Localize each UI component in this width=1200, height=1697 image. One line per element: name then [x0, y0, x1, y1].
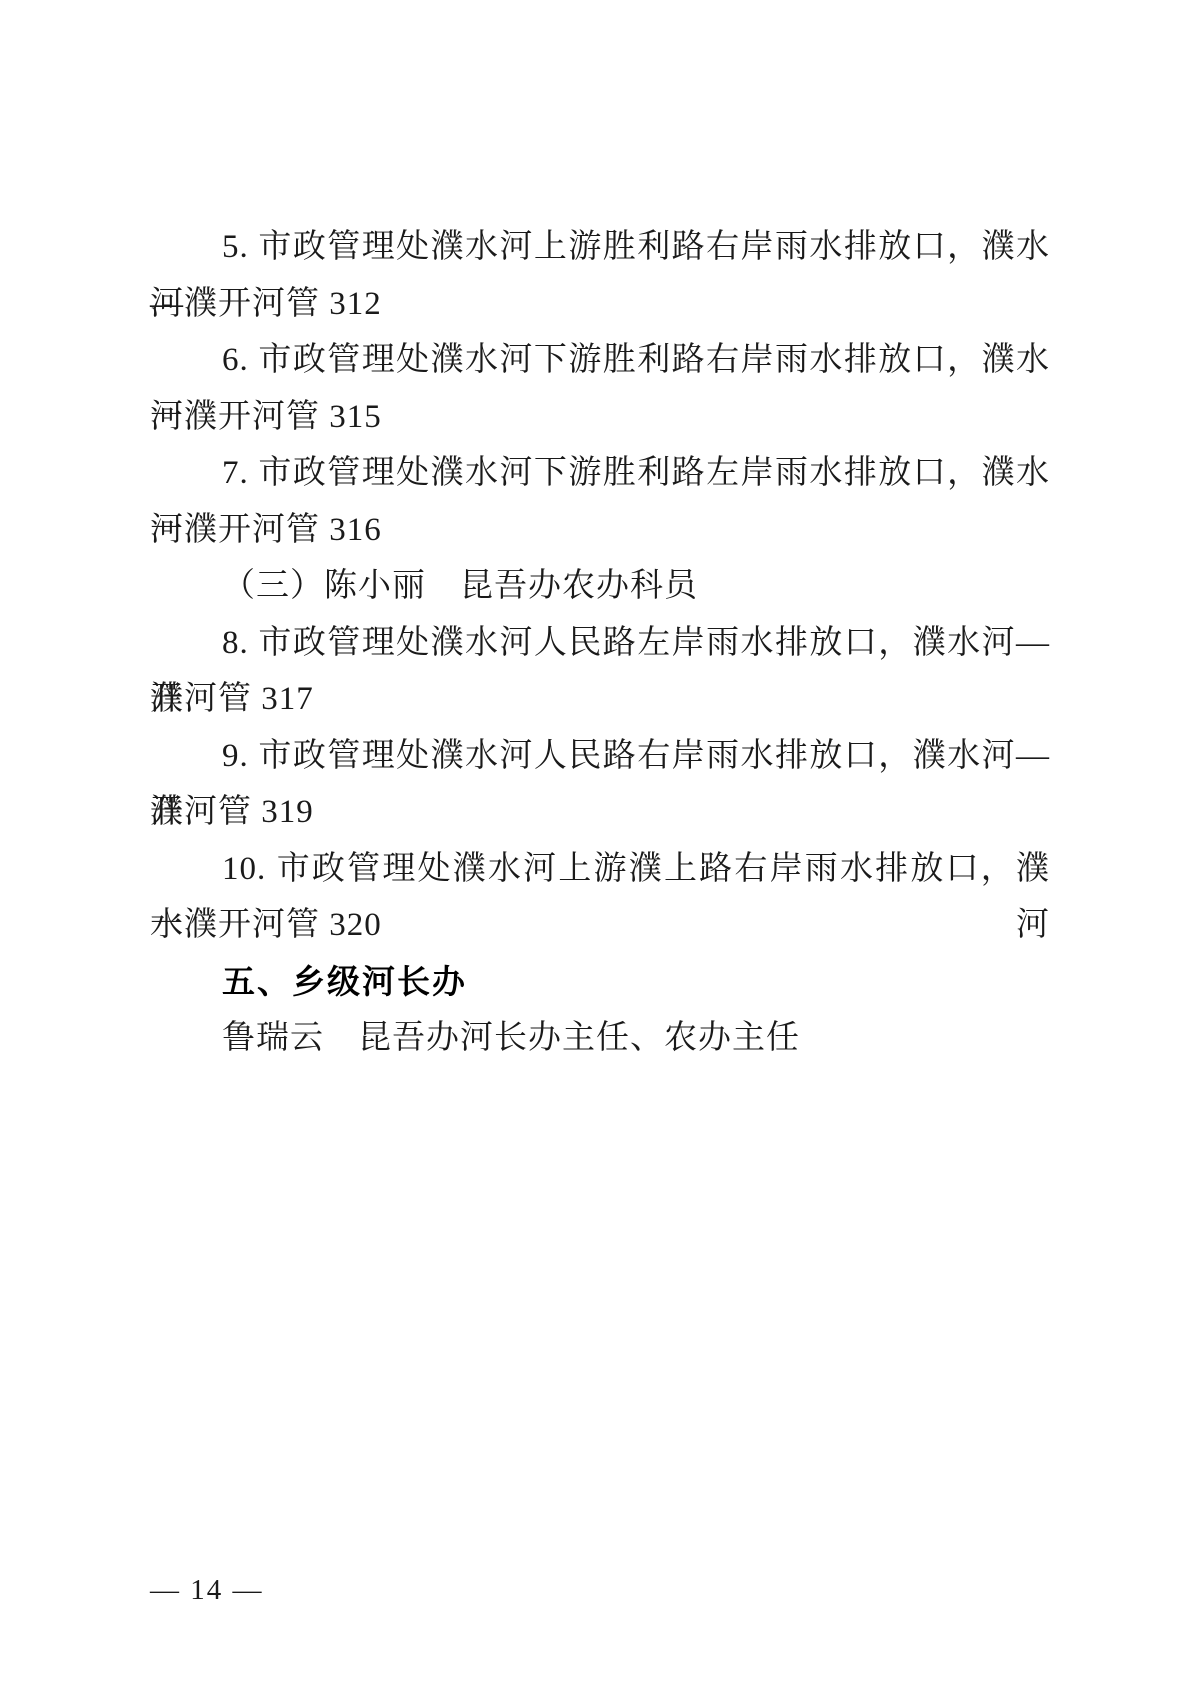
list-item-5-line-2: —濮开河管 312 [150, 276, 1050, 333]
list-item-9-line-2: 开河管 319 [150, 784, 1050, 841]
list-item-9-line-1: 9. 市政管理处濮水河人民路右岸雨水排放口，濮水河—濮 [150, 728, 1050, 785]
list-item-6-line-2: 一濮开河管 315 [150, 389, 1050, 446]
list-item-5-line-1: 5. 市政管理处濮水河上游胜利路右岸雨水排放口，濮水河 [150, 219, 1050, 276]
section-5-heading: 五、乡级河长办 [150, 954, 1050, 1011]
list-item-7-line-2: 一濮开河管 316 [150, 502, 1050, 559]
list-item-6-line-1: 6. 市政管理处濮水河下游胜利路右岸雨水排放口，濮水河 [150, 332, 1050, 389]
document-body: 5. 市政管理处濮水河上游胜利路右岸雨水排放口，濮水河 —濮开河管 312 6.… [150, 219, 1050, 1067]
township-chief-entry: 鲁瑞云 昆吾办河长办主任、农办主任 [150, 1010, 1050, 1067]
document-page: 5. 市政管理处濮水河上游胜利路右岸雨水排放口，濮水河 —濮开河管 312 6.… [0, 0, 1200, 1697]
list-item-8-line-2: 开河管 317 [150, 671, 1050, 728]
page-number: — 14 — [150, 1568, 264, 1612]
list-item-7-line-1: 7. 市政管理处濮水河下游胜利路左岸雨水排放口，濮水河 [150, 445, 1050, 502]
list-item-8-line-1: 8. 市政管理处濮水河人民路左岸雨水排放口，濮水河—濮 [150, 615, 1050, 672]
subsection-3-person-title: （三）陈小丽 昆吾办农办科员 [150, 558, 1050, 615]
list-item-10-line-1: 10. 市政管理处濮水河上游濮上路右岸雨水排放口，濮水河 [150, 841, 1050, 898]
